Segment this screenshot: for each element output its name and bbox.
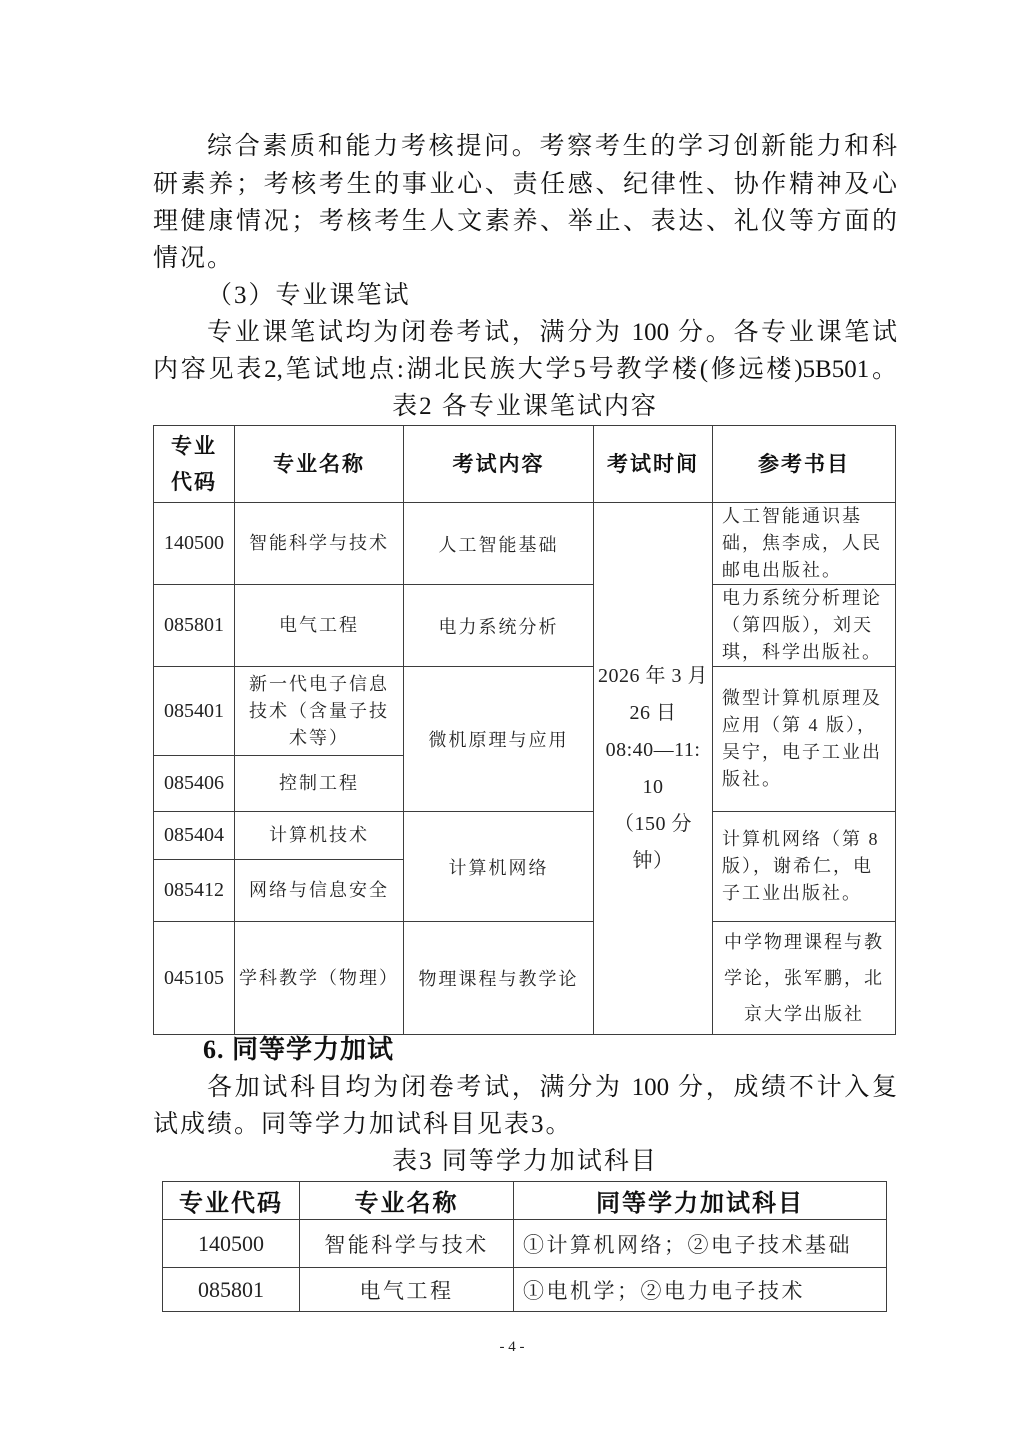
- table-row: 085404 计算机技术 计算机网络 计算机网络（第 8 版），谢希仁，电 子工…: [154, 812, 896, 860]
- major-name-line: 学科教学（物理）: [235, 965, 403, 992]
- major-name-line: 技术（含量子技: [235, 698, 403, 725]
- paragraph-1-line-4: 情况。: [153, 240, 897, 277]
- section-6-heading: 6. 同等学力加试: [153, 1031, 897, 1068]
- major-code: 045105: [154, 922, 235, 1035]
- reference-book-line: 电力系统分析理论: [722, 585, 889, 612]
- exam-time-line: 08:40—11:: [594, 732, 712, 769]
- reference-book-line: 微型计算机原理及: [722, 685, 889, 712]
- reference-book-line: 京大学出版社: [717, 996, 891, 1032]
- reference-book: 人工智能通识基 础，焦李成，人民 邮电出版社。: [713, 503, 896, 585]
- table-row: 140500 智能科学与技术 人工智能基础 2026 年 3 月 26 日 08…: [154, 503, 896, 585]
- reference-book-line: 子工业出版社。: [722, 880, 889, 907]
- major-name: 智能科学与技术: [235, 503, 404, 585]
- major-name-line: 控制工程: [235, 770, 403, 797]
- additional-subjects: ①电机学；②电力电子技术: [514, 1268, 887, 1312]
- lower-text-block: 6. 同等学力加试 各加试科目均为闭卷考试，满分为 100 分，成绩不计入复 试…: [153, 1031, 897, 1180]
- reference-book-line: 础，焦李成，人民: [722, 530, 889, 557]
- major-name-line: 电气工程: [235, 612, 403, 639]
- page-number: - 4 -: [0, 1337, 1024, 1357]
- major-code: 085406: [154, 756, 235, 812]
- exam-time-line: 2026 年 3 月: [594, 658, 712, 695]
- major-name: 电气工程: [300, 1268, 514, 1312]
- paragraph-2-line-2: 内容见表2,笔试地点:湖北民族大学5号教学楼(修远楼)5B501。: [153, 351, 897, 388]
- table-3-equivalent-additional-exams: 专业代码 专业名称 同等学力加试科目 140500 智能科学与技术 ①计算机网络…: [162, 1181, 887, 1312]
- reference-book-line: 版），谢希仁，电: [722, 853, 889, 880]
- header-reference-books: 参考书目: [713, 426, 896, 503]
- reference-book-line: 人工智能通识基: [722, 503, 889, 530]
- major-name-line: 新一代电子信息: [235, 671, 403, 698]
- subsection-3-heading: （3）专业课笔试: [153, 277, 897, 314]
- exam-time-line: 10: [594, 769, 712, 806]
- reference-book-line: 应用（第 4 版），: [722, 712, 889, 739]
- header-major-code-line-1: 专业: [154, 428, 234, 464]
- exam-content: 计算机网络: [404, 812, 594, 922]
- major-code: 085401: [154, 667, 235, 756]
- reference-book-line: 琪，科学出版社。: [722, 639, 889, 666]
- header-major-name: 专业名称: [300, 1182, 514, 1220]
- upper-text-block: 综合素质和能力考核提问。考察考生的学习创新能力和科 研素养；考核考生的事业心、责…: [153, 128, 897, 425]
- table-row: 085801 电气工程 ①电机学；②电力电子技术: [163, 1268, 887, 1312]
- table-2-written-exam-contents: 专业 代码 专业名称 考试内容 考试时间 参考书目 140500 智能科学与技术…: [153, 425, 896, 1035]
- major-code: 085801: [163, 1268, 300, 1312]
- exam-time-line: （150 分: [594, 806, 712, 843]
- reference-book-line: 邮电出版社。: [722, 557, 889, 584]
- reference-book-line: （第四版），刘天: [722, 612, 889, 639]
- header-major-code-line-2: 代码: [154, 464, 234, 500]
- major-name: 新一代电子信息 技术（含量子技 术等）: [235, 667, 404, 756]
- table-3-caption: 表3 同等学力加试科目: [153, 1143, 897, 1180]
- reference-book: 中学物理课程与教 学论，张军鹏，北 京大学出版社: [713, 922, 896, 1035]
- table-2-header-row: 专业 代码 专业名称 考试内容 考试时间 参考书目: [154, 426, 896, 503]
- header-major-code: 专业代码: [163, 1182, 300, 1220]
- table-2-caption: 表2 各专业课笔试内容: [153, 388, 897, 425]
- header-major-name: 专业名称: [235, 426, 404, 503]
- reference-book-line: 学论，张军鹏，北: [717, 960, 891, 996]
- table-row: 085401 新一代电子信息 技术（含量子技 术等） 微机原理与应用 微型计算机…: [154, 667, 896, 756]
- major-name-line: 计算机技术: [235, 822, 403, 849]
- reference-book-line: 计算机网络（第 8: [722, 826, 889, 853]
- exam-content: 电力系统分析: [404, 585, 594, 667]
- major-name: 计算机技术: [235, 812, 404, 860]
- header-additional-subjects: 同等学力加试科目: [514, 1182, 887, 1220]
- reference-book-line: 吴宁，电子工业出: [722, 739, 889, 766]
- reference-book: 计算机网络（第 8 版），谢希仁，电 子工业出版社。: [713, 812, 896, 922]
- major-name: 控制工程: [235, 756, 404, 812]
- table-3-header-row: 专业代码 专业名称 同等学力加试科目: [163, 1182, 887, 1220]
- reference-book: 电力系统分析理论 （第四版），刘天 琪，科学出版社。: [713, 585, 896, 667]
- header-exam-content: 考试内容: [404, 426, 594, 503]
- exam-content: 物理课程与教学论: [404, 922, 594, 1035]
- major-code: 085801: [154, 585, 235, 667]
- header-major-code: 专业 代码: [154, 426, 235, 503]
- exam-time-line: 钟）: [594, 843, 712, 880]
- major-name: 智能科学与技术: [300, 1220, 514, 1268]
- major-name: 网络与信息安全: [235, 860, 404, 922]
- major-code: 085412: [154, 860, 235, 922]
- reference-book-line: 版社。: [722, 766, 889, 793]
- paragraph-2-line-1: 专业课笔试均为闭卷考试，满分为 100 分。各专业课笔试: [153, 314, 897, 351]
- major-code: 085404: [154, 812, 235, 860]
- exam-content: 微机原理与应用: [404, 667, 594, 812]
- major-name-line: 术等）: [235, 725, 403, 752]
- reference-book-line: 中学物理课程与教: [717, 924, 891, 960]
- paragraph-1-line-1: 综合素质和能力考核提问。考察考生的学习创新能力和科: [153, 128, 897, 165]
- major-name-line: 智能科学与技术: [235, 530, 403, 557]
- reference-book: 微型计算机原理及 应用（第 4 版）， 吴宁，电子工业出 版社。: [713, 667, 896, 812]
- paragraph-1-line-2: 研素养；考核考生的事业心、责任感、纪律性、协作精神及心: [153, 166, 897, 203]
- exam-time-line: 26 日: [594, 695, 712, 732]
- paragraph-1-line-3: 理健康情况；考核考生人文素养、举止、表达、礼仪等方面的: [153, 203, 897, 240]
- major-name: 学科教学（物理）: [235, 922, 404, 1035]
- major-name: 电气工程: [235, 585, 404, 667]
- additional-subjects: ①计算机网络；②电子技术基础: [514, 1220, 887, 1268]
- table-row: 140500 智能科学与技术 ①计算机网络；②电子技术基础: [163, 1220, 887, 1268]
- major-code: 140500: [154, 503, 235, 585]
- major-name-line: 网络与信息安全: [235, 877, 403, 904]
- exam-content: 人工智能基础: [404, 503, 594, 585]
- paragraph-3-line-2: 试成绩。同等学力加试科目见表3。: [153, 1106, 897, 1143]
- table-row: 045105 学科教学（物理） 物理课程与教学论 中学物理课程与教 学论，张军鹏…: [154, 922, 896, 1035]
- header-exam-time: 考试时间: [594, 426, 713, 503]
- major-code: 140500: [163, 1220, 300, 1268]
- paragraph-3-line-1: 各加试科目均为闭卷考试，满分为 100 分，成绩不计入复: [153, 1069, 897, 1106]
- table-row: 085801 电气工程 电力系统分析 电力系统分析理论 （第四版），刘天 琪，科…: [154, 585, 896, 667]
- exam-time: 2026 年 3 月 26 日 08:40—11: 10 （150 分 钟）: [594, 503, 713, 1035]
